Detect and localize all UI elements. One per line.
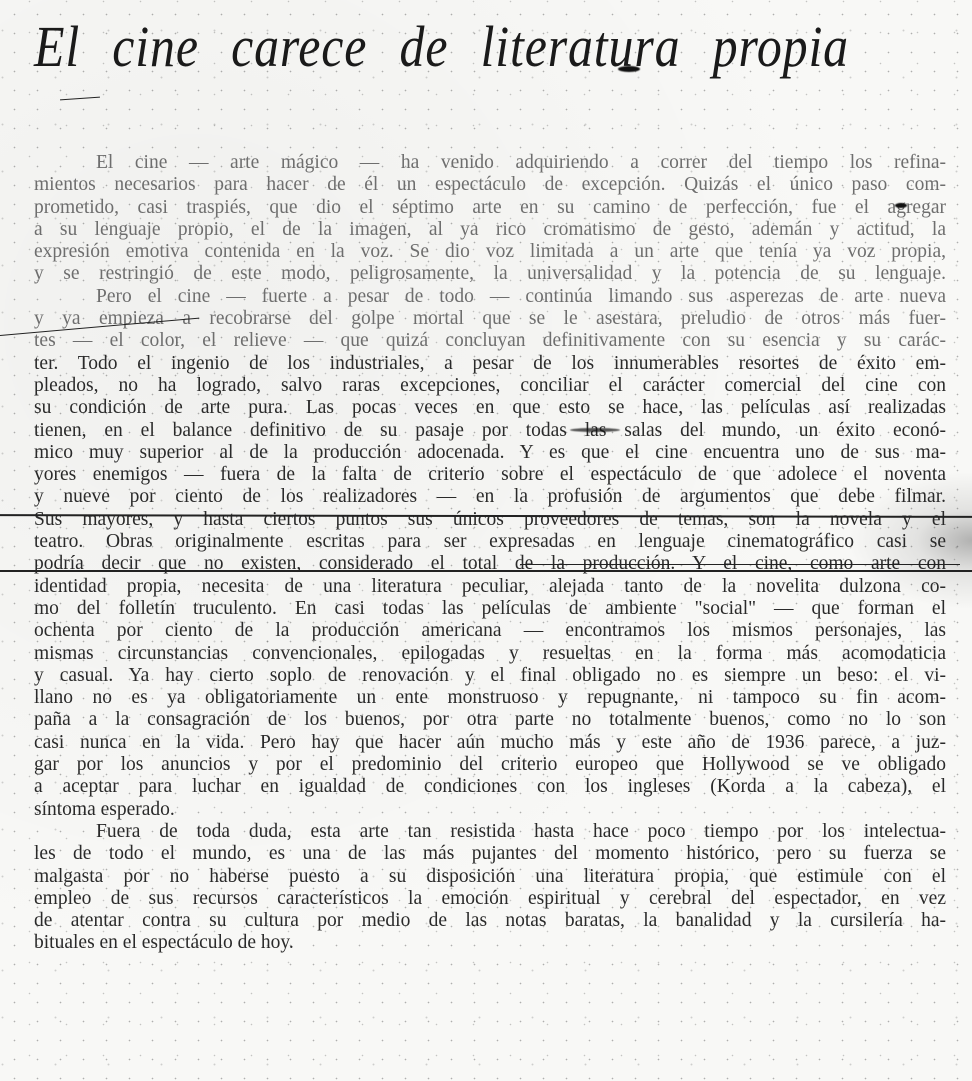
paragraph-2: Pero el cine — fuerte a pesar de todo — … xyxy=(34,286,946,821)
text-line: de atentar contra su cultura por medio d… xyxy=(34,910,946,932)
text-line: les de todo el mundo, es una de las más … xyxy=(34,843,946,865)
text-line: Pero el cine — fuerte a pesar de todo — … xyxy=(34,286,946,308)
text-line: ochenta por ciento de la producción amer… xyxy=(34,620,946,642)
ink-smudge xyxy=(895,203,907,208)
text-line: síntoma esperado. xyxy=(34,799,946,821)
text-line: mientos necesarios para hacer de él un e… xyxy=(34,174,946,196)
text-line: pleados, no ha logrado, salvo raras exce… xyxy=(34,375,946,397)
paragraph-3: Fuera de toda duda, esta arte tan resist… xyxy=(34,821,946,955)
text-line: identidad propia, necesita de una litera… xyxy=(34,576,946,598)
text-line: y casual. Ya hay cierto soplo de renovac… xyxy=(34,665,946,687)
text-line: ter. Todo el ingenio de los industriales… xyxy=(34,353,946,375)
pen-strikethrough xyxy=(520,564,960,565)
text-line: prometido, casi traspiés, que dio el sép… xyxy=(34,197,946,219)
text-line: teatro. Obras originalmente escritas par… xyxy=(34,531,946,553)
text-line: tes — el color, el relieve — que quizá c… xyxy=(34,330,946,352)
text-line: mo del folletín truculento. En casi toda… xyxy=(34,598,946,620)
text-line: y se restringió de este modo, peligrosam… xyxy=(34,263,946,285)
text-line: yores enemigos — fuera de la falta de cr… xyxy=(34,464,946,486)
text-line: casi nunca en la vida. Pero hay que hace… xyxy=(34,732,946,754)
scanned-page: El cine carece de literatura propia El c… xyxy=(0,0,972,1081)
text-line: paña a la consagración de los buenos, po… xyxy=(34,709,946,731)
text-line: a su lenguaje propio, el de la imagen, a… xyxy=(34,219,946,241)
text-line: tienen, en el balance definitivo de su p… xyxy=(34,420,946,442)
text-line: gar por los anuncios y por el predominio… xyxy=(34,754,946,776)
article-title: El cine carece de literatura propia xyxy=(34,12,825,82)
ink-smudge xyxy=(570,428,620,432)
title-area: El cine carece de literatura propia xyxy=(0,0,972,100)
text-line: mismas circunstancias convencionales, ep… xyxy=(34,643,946,665)
pen-underline xyxy=(0,570,972,572)
article-body: El cine — arte mágico — ha venido adquir… xyxy=(34,152,946,955)
text-line: malgasta por no haberse puesto a su disp… xyxy=(34,866,946,888)
text-line: empleo de sus recursos característicos l… xyxy=(34,888,946,910)
text-line: llano no es ya obligatoriamente un ente … xyxy=(34,687,946,709)
ink-smudge xyxy=(618,66,640,72)
text-line: su condición de arte pura. Las pocas vec… xyxy=(34,397,946,419)
text-line: bituales en el espectáculo de hoy. xyxy=(34,932,946,954)
text-line: y nueve por ciento de los realizadores —… xyxy=(34,486,946,508)
paragraph-1: El cine — arte mágico — ha venido adquir… xyxy=(34,152,946,286)
text-line: a aceptar para luchar en igualdad de con… xyxy=(34,776,946,798)
text-line: mico muy superior al de la producción ad… xyxy=(34,442,946,464)
text-line: Fuera de toda duda, esta arte tan resist… xyxy=(34,821,946,843)
text-line: Sus mayores, y hasta ciertos puntos sus … xyxy=(34,509,946,531)
text-line: El cine — arte mágico — ha venido adquir… xyxy=(34,152,946,174)
text-line: expresión emotiva contenida en la voz. S… xyxy=(34,241,946,263)
